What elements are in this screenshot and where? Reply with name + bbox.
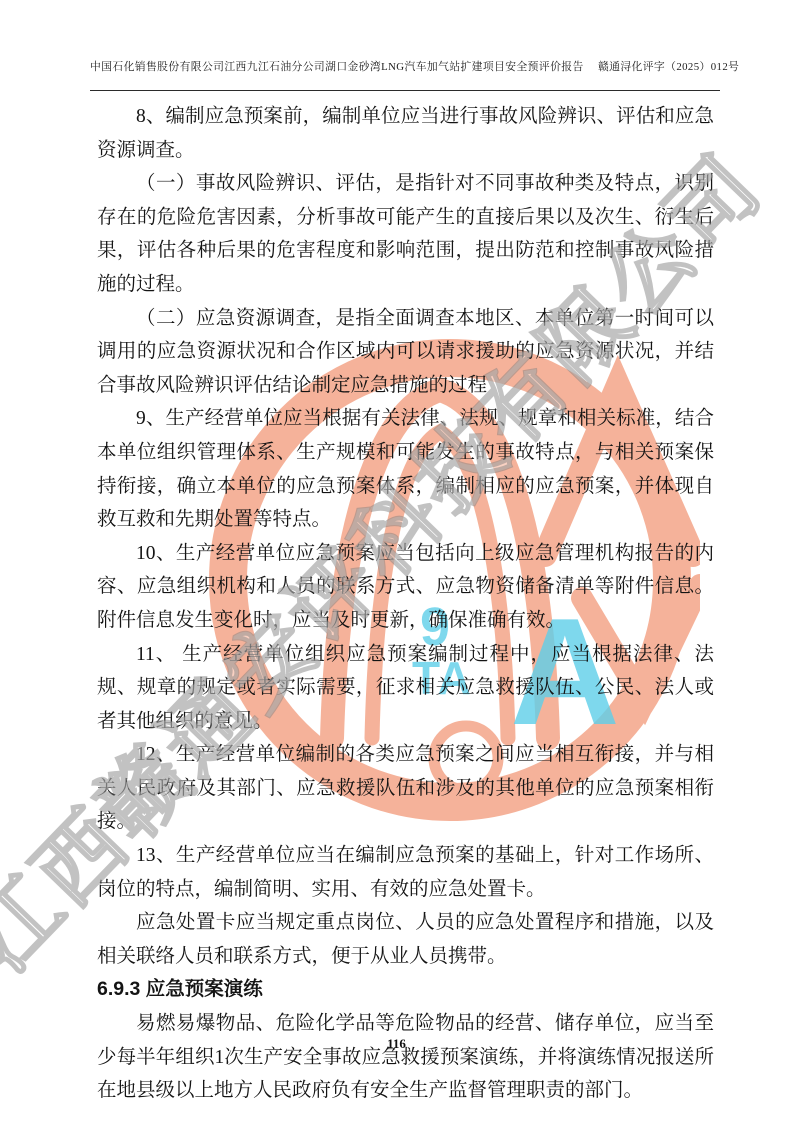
paragraph: 10、生产经营单位应急预案应当包括向上级应急管理机构报告的内容、应急组织机构和人… (97, 537, 714, 638)
paragraph: 12、生产经营单位编制的各类应急预案之间应当相互衔接，并与相关人民政府及其部门、… (97, 738, 714, 839)
page-header: 中国石化销售股份有限公司江西九江石油分公司湖口金砂湾LNG汽车加气站扩建项目安全… (90, 59, 720, 74)
document-body: 8、编制应急预案前，编制单位应当进行事故风险辨识、评估和应急资源调查。（一）事故… (97, 100, 714, 1108)
paragraph: 9、生产经营单位应当根据有关法律、法规、规章和相关标准，结合本单位组织管理体系、… (97, 402, 714, 536)
document-page: 9 TA A 中国石化销售股份有限公司江西九江石油分公司湖口金砂湾LNG汽车加气… (0, 0, 793, 1122)
section-heading: 6.9.3 应急预案演练 (97, 973, 714, 1007)
paragraph: 应急处置卡应当规定重点岗位、人员的应急处置程序和措施，以及相关联络人员和联系方式… (97, 906, 714, 973)
paragraph: 11、 生产经营单位组织应急预案编制过程中，应当根据法律、法规、规章的规定或者实… (97, 638, 714, 739)
paragraph: 8、编制应急预案前，编制单位应当进行事故风险辨识、评估和应急资源调查。 (97, 100, 714, 167)
paragraph: 易燃易爆物品、危险化学品等危险物品的经营、储存单位，应当至少每半年组织1次生产安… (97, 1007, 714, 1108)
paragraph: （二）应急资源调查，是指全面调查本地区、本单位第一时间可以调用的应急资源状况和合… (97, 302, 714, 403)
page-number: 116 (0, 1036, 793, 1052)
paragraph: 13、生产经营单位应当在编制应急预案的基础上，针对工作场所、岗位的特点，编制简明… (97, 839, 714, 906)
header-divider (90, 90, 720, 91)
paragraph: （一）事故风险辨识、评估，是指针对不同事故种类及特点，识别存在的危险危害因素，分… (97, 167, 714, 301)
